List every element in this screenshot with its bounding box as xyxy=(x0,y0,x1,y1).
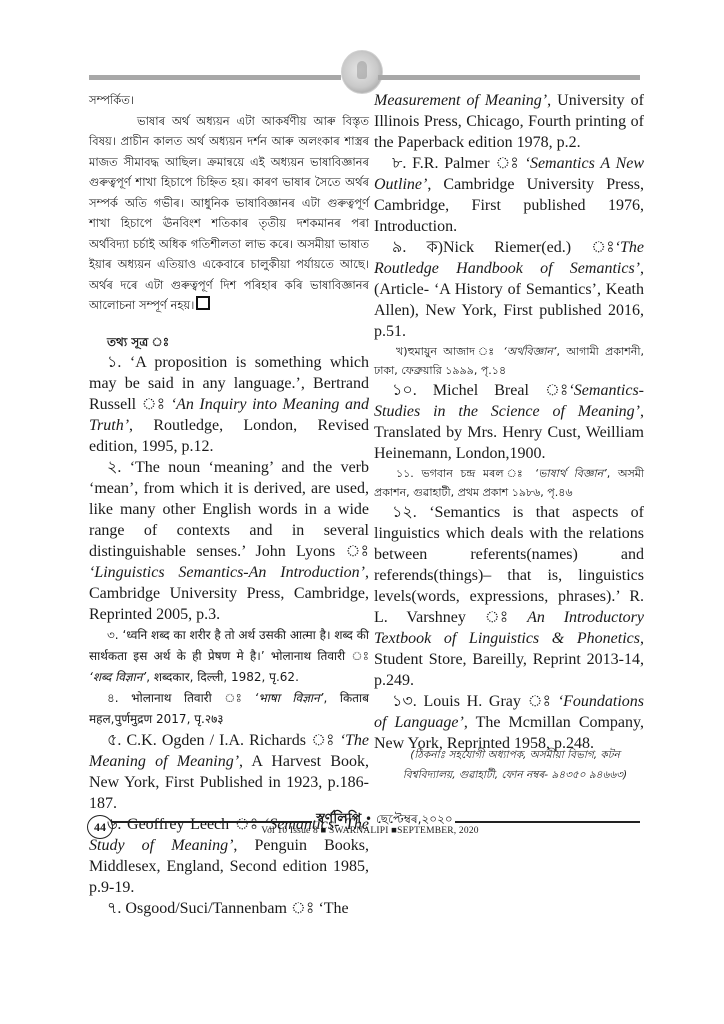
reference-item: ৪. भोलानाथ तिवारी ঃ ‘भाषा विज्ञान’, किता… xyxy=(89,688,369,730)
header-rule-left xyxy=(89,75,341,80)
header-rule-right xyxy=(378,75,640,80)
reference-item: ২. ‘The noun ‘meaning’ and the verb ‘mea… xyxy=(89,457,369,625)
page-number: 44 xyxy=(87,815,113,839)
footer-rule-left xyxy=(112,821,312,823)
right-column: Measurement of Meaning’, University of I… xyxy=(374,90,644,754)
body-paragraph: ভাষাৰ অৰ্থ অধ্যয়ন এটা আকৰ্ষণীয় আৰু বিস… xyxy=(89,111,369,316)
reference-item-split-end: Measurement of Meaning’, University of I… xyxy=(374,90,644,153)
reference-item: ১০. Michel Breal ঃ‘Semantics- Studies in… xyxy=(374,380,644,464)
reference-item-split-start: ৭. Osgood/Suci/Tannenbam ঃ ‘The xyxy=(89,898,369,919)
magazine-logo: স্বৰ্ণলিপি xyxy=(316,811,361,827)
left-column: সম্পৰ্কিত। ভাষাৰ অৰ্থ অধ্যয়ন এটা আকৰ্ষণ… xyxy=(89,90,369,919)
issue-date: • ছেপ্টেম্বৰ,২০২০ xyxy=(365,812,453,826)
references-heading: তথ্য সূত্ৰ ঃ xyxy=(107,332,369,352)
end-of-article-box-icon xyxy=(196,296,210,310)
lead-fragment: সম্পৰ্কিত। xyxy=(89,90,369,111)
reference-item: ৯. ক)Nick Riemer(ed.) ঃ‘The Routledge Ha… xyxy=(374,237,644,342)
reference-item: খ)হুমায়ুন আজাদ ঃ ‘অর্থবিজ্ঞান’, আগামী প… xyxy=(374,342,644,380)
reference-item: ১. ‘A proposition is something which may… xyxy=(89,352,369,457)
reference-item: ১১. ভগবান চন্দ্ৰ মৰল ঃ ‘ভাষাৰ্থ বিজ্ঞান’… xyxy=(374,464,644,502)
footer-rule-right xyxy=(455,821,640,823)
reference-item: ৫. C.K. Ogden / I.A. Richards ঃ ‘The Mea… xyxy=(89,730,369,814)
meditating-figure-emblem-icon xyxy=(341,50,383,94)
reference-item: ১২. ‘Semantics is that aspects of lingui… xyxy=(374,502,644,691)
reference-item: ৮. F.R. Palmer ঃ ‘Semantics A New Outlin… xyxy=(374,153,644,237)
reference-item: ৩. ‘ध्वनि शब्द का शरीर है तो अर्थ उसकी आ… xyxy=(89,625,369,688)
author-address-note: (ঠিকনাঃ সহযোগী অধ্যাপক, অসমীয়া বিভাগ, ক… xyxy=(384,745,646,785)
footer-meta: Vol 10 Issue 8 ■ SWARNALIPI ■SEPTEMBER, … xyxy=(200,826,540,836)
